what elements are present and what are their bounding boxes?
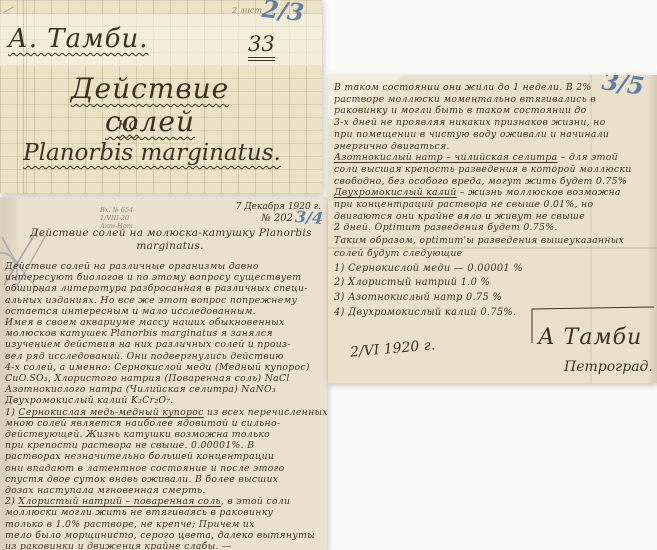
handwritten-line: мною солей является наиболее ядовитой и … <box>5 418 327 429</box>
handwritten-line: остается интересным и мало исследованным… <box>5 306 327 317</box>
handwritten-line: Двухромокислый калий – жизнь моллюсков в… <box>334 187 656 199</box>
handwritten-line: альных изданиях. Но все же этот вопрос п… <box>5 295 327 306</box>
handwritten-line: интересуют биологов и по этому вопросу с… <box>5 272 327 283</box>
handwritten-line: изучением действия на них различных соле… <box>5 339 327 350</box>
handwritten-line: солей будут следующие <box>334 248 656 260</box>
handwritten-line: они впадают в латентное состояние и посл… <box>5 463 327 474</box>
sheet-number-pencil-note: 2 лист <box>232 6 262 15</box>
handwritten-line: тело было морщинисто, серого цвета, дале… <box>5 530 327 541</box>
document-title: Действие солей <box>30 72 270 138</box>
handwritten-line: 1) Сернокислая медь-медный купорос из вс… <box>5 407 327 418</box>
handwritten-line: растворе моллюски моментально втягивалис… <box>334 94 656 106</box>
manuscript-page-1: Вх. № 6541/VIII-20Акт-Нет. 7 Декабря 192… <box>0 197 327 550</box>
title-page: 2 лист 2/3 А. Тамби. 33 Действие солей н… <box>0 0 322 193</box>
handwritten-line: 2) Хлористый натрий – поваренная соль, в… <box>5 496 327 507</box>
page-heading-line: marginatus. <box>30 240 310 253</box>
handwritten-line: 3-х дней не проявляя никаких признаков ж… <box>334 117 656 129</box>
handwritten-line: при помещении в чистую воду оживали и на… <box>334 129 656 141</box>
page-number-blue: 3/4 <box>294 207 323 228</box>
handwritten-line: только в 1.0% растворе, не крепче; Приче… <box>5 519 327 530</box>
page-number-blue: 2/3 <box>261 0 306 27</box>
document-number: № 202 <box>261 213 293 224</box>
page-heading-line: Действие солей на молюска-катушку Planor… <box>30 227 310 240</box>
handwritten-line: 2) Хлористый натрий 1.0 % <box>334 277 656 289</box>
handwritten-line: спустя двое суток вновь оживали. В более… <box>5 474 327 485</box>
handwritten-line: Вх. № 654 <box>100 206 135 214</box>
document-title-latin: Planorbis marginatus. <box>22 140 282 166</box>
manuscript-body: В таком состоянии они жили до 1 недели. … <box>334 82 656 318</box>
handwritten-line: Азотнокислый натр – чилийская селитра – … <box>334 152 656 164</box>
handwritten-line: соли высшая крепость разведения в которо… <box>334 164 656 176</box>
handwritten-line: Действие солей на различные организмы да… <box>5 261 327 272</box>
signature-date: 2/VI 1920 г. <box>349 337 435 360</box>
author-name: А. Тамби. <box>8 24 149 54</box>
handwritten-line: 1/VIII-20 <box>100 214 135 222</box>
signature-place: Петроград. <box>564 359 653 375</box>
manuscript-page-2: 3/5 В таком состоянии они жили до 1 неде… <box>328 75 657 383</box>
handwritten-line: при крепости раствора не свыше. 0.00001%… <box>5 440 327 451</box>
handwritten-line: моллюски могли жить не втягиваясь в рако… <box>5 507 327 518</box>
handwritten-line: молюсков катушек Planorbis marginatus я … <box>5 328 327 339</box>
handwritten-line: обширная литература разбросанная в разли… <box>5 283 327 294</box>
pencil-corner-mark <box>0 0 14 13</box>
handwritten-line: В таком состоянии они жили до 1 недели. … <box>334 82 656 94</box>
handwritten-line: из раковинки и движения крайне слабы. — <box>5 541 327 550</box>
handwritten-line: 1) Сернокислой меди — 0.00001 % <box>334 263 656 275</box>
handwritten-line: свободно, без особого вреда, могут жить … <box>334 176 656 188</box>
handwritten-line: 2 дней. Optimum разведения будет 0.75%. <box>334 222 656 234</box>
handwritten-line: 4-х солей, а именно: Сернокислой меди (М… <box>5 362 327 373</box>
handwritten-line: действующей. Жизнь катушки возможна толь… <box>5 429 327 440</box>
document-title-na: на <box>108 114 148 134</box>
handwritten-line: растворах незначительно большей концентр… <box>5 451 327 462</box>
handwritten-line: Двухромокислый калий K₂Cr₂O₇. <box>5 395 327 406</box>
archive-number: 33 <box>248 32 275 61</box>
handwritten-line: Таким образом, optimum'ы разведения выше… <box>334 235 656 247</box>
handwritten-line: двигаются они крайне вяло и живут не свы… <box>334 211 656 223</box>
manuscript-body: Действие солей на различные организмы да… <box>5 261 327 550</box>
handwritten-line: Азотнокислого натра (Чилийская селитра) … <box>5 384 327 395</box>
handwritten-line: энергично двигаться. <box>334 141 656 153</box>
handwritten-line: вел ряд исследований. Они подвергнулись … <box>5 351 327 362</box>
handwritten-line: дозах наступала мгновенная смерть. <box>5 485 327 496</box>
handwritten-line: 3) Азотнокислый натр 0.75 % <box>334 292 656 304</box>
handwritten-line: раковинку и могли быть в таком состоянии… <box>334 105 656 117</box>
author-signature: А Тамби <box>538 325 642 350</box>
page-heading: Действие солей на молюска-катушку Planor… <box>30 227 310 253</box>
manuscript-scan: 2 лист 2/3 А. Тамби. 33 Действие солей н… <box>0 0 657 550</box>
handwritten-line: при концентраций раствора не свыше 0.01%… <box>334 199 656 211</box>
handwritten-line: CuO.SO₃, Хлористого натрия (Поваренная с… <box>5 373 327 384</box>
handwritten-line: Имея в своем аквариуме массу наших обыкн… <box>5 317 327 328</box>
